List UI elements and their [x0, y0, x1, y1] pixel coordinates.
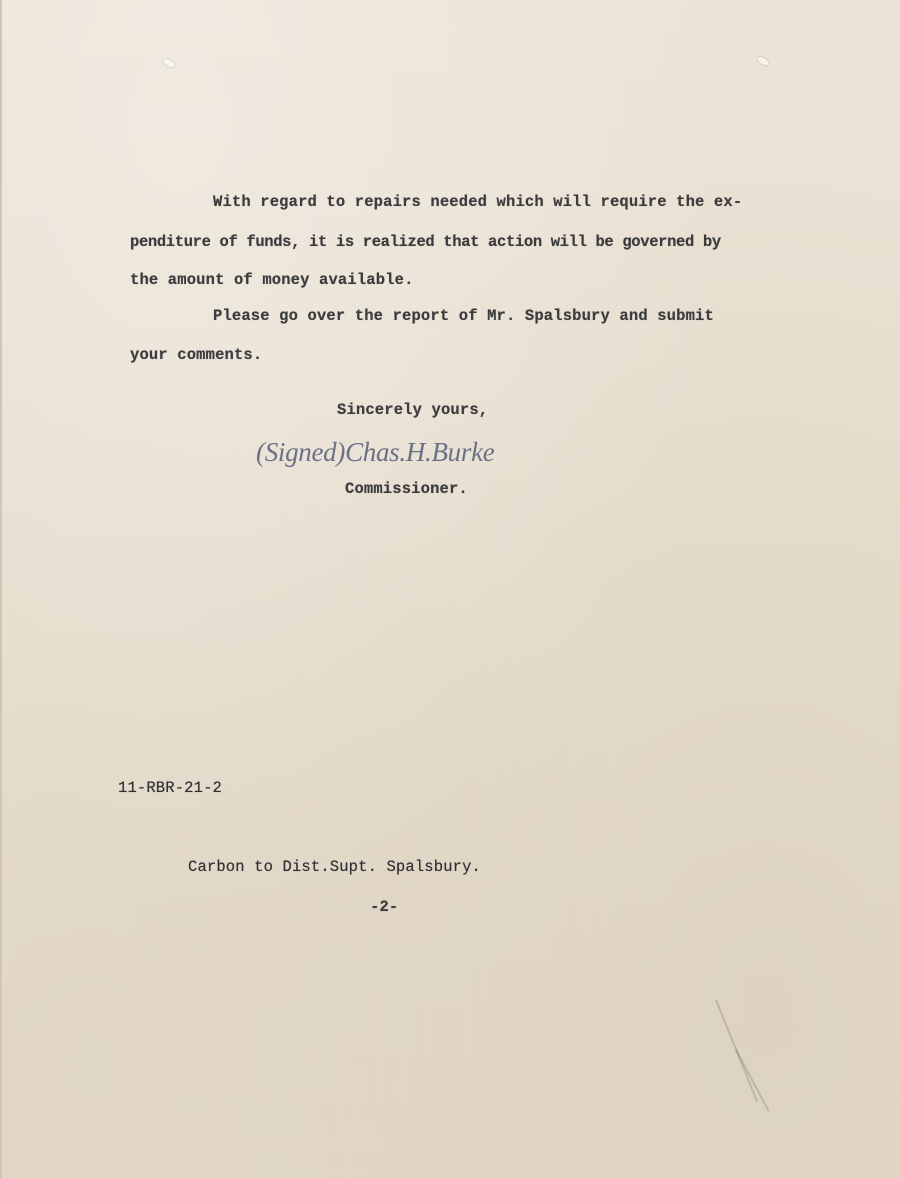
page-number: -2-	[370, 898, 398, 916]
carbon-copy-note: Carbon to Dist.Supt. Spalsbury.	[188, 858, 481, 876]
paragraph-1-line-2: penditure of funds, it is realized that …	[130, 233, 721, 251]
pencil-mark	[735, 1049, 770, 1112]
pin-hole-right	[756, 55, 769, 66]
signer-title: Commissioner.	[345, 480, 468, 498]
signature-stamp: (Signed)Chas.H.Burke	[256, 437, 494, 468]
paragraph-1-line-1: With regard to repairs needed which will…	[213, 193, 742, 211]
paragraph-1-line-3: the amount of money available.	[130, 271, 414, 289]
document-page: With regard to repairs needed which will…	[0, 0, 900, 1178]
pin-hole-left	[162, 57, 175, 68]
paragraph-2-line-2: your comments.	[130, 346, 262, 364]
closing-text: Sincerely yours,	[337, 401, 488, 419]
reference-code: 11-RBR-21-2	[118, 779, 222, 797]
paragraph-2-line-1: Please go over the report of Mr. Spalsbu…	[213, 307, 714, 325]
